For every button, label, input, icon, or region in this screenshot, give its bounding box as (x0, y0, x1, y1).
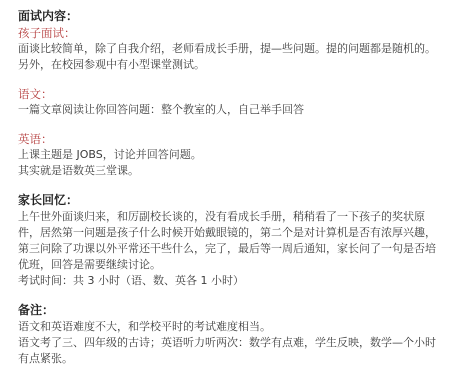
section-paragraph: 上课主题是 JOBS，讨论并回答问题。 (18, 147, 441, 163)
section-english: 英语： 上课主题是 JOBS，讨论并回答问题。 其实就是语数英三堂课。 (18, 131, 441, 179)
interview-notes-document: 面试内容： 孩子面试： 面谈比较简单，除了自我介绍，老师看成长手册，提—些问题。… (0, 0, 454, 370)
section-heading-english: 英语： (18, 131, 441, 147)
section-paragraph: 语文考了三、四年级的古诗；英语听力听两次：数学有点难，学生反映，数学—个小时有点… (18, 335, 441, 367)
section-heading-parent-recollection: 家长回忆： (18, 192, 441, 209)
document-title: 面试内容： (18, 8, 441, 25)
section-child-interview: 孩子面试： 面谈比较简单，除了自我介绍，老师看成长手册，提—些问题。提的问题都是… (18, 25, 441, 73)
section-heading-child-interview: 孩子面试： (18, 25, 441, 41)
section-parent-recollection: 家长回忆： 上午世外面谈归来，和厉副校长谈的，没有看成长手册，稍稍看了一下孩子的… (18, 192, 441, 289)
section-heading-remarks: 备注： (18, 302, 441, 319)
section-paragraph: 语文和英语难度不大，和学校平时的考试难度相当。 (18, 319, 441, 335)
section-paragraph: 一篇文章阅读让你回答问题：整个教室的人，自己举手回答 (18, 102, 441, 118)
section-paragraph: 面谈比较简单，除了自我介绍，老师看成长手册，提—些问题。提的问题都是随机的。另外… (18, 41, 441, 73)
section-paragraph: 其实就是语数英三堂课。 (18, 163, 441, 179)
section-chinese: 语文： 一篇文章阅读让你回答问题：整个教室的人，自己举手回答 (18, 86, 441, 118)
section-heading-chinese: 语文： (18, 86, 441, 102)
section-paragraph: 上午世外面谈归来，和厉副校长谈的，没有看成长手册，稍稍看了一下孩子的奖状原件，居… (18, 209, 441, 273)
section-remarks: 备注： 语文和英语难度不大，和学校平时的考试难度相当。 语文考了三、四年级的古诗… (18, 302, 441, 367)
exam-time-line: 考试时间：共 3 小时（语、数、英各 1 小时） (18, 273, 441, 289)
